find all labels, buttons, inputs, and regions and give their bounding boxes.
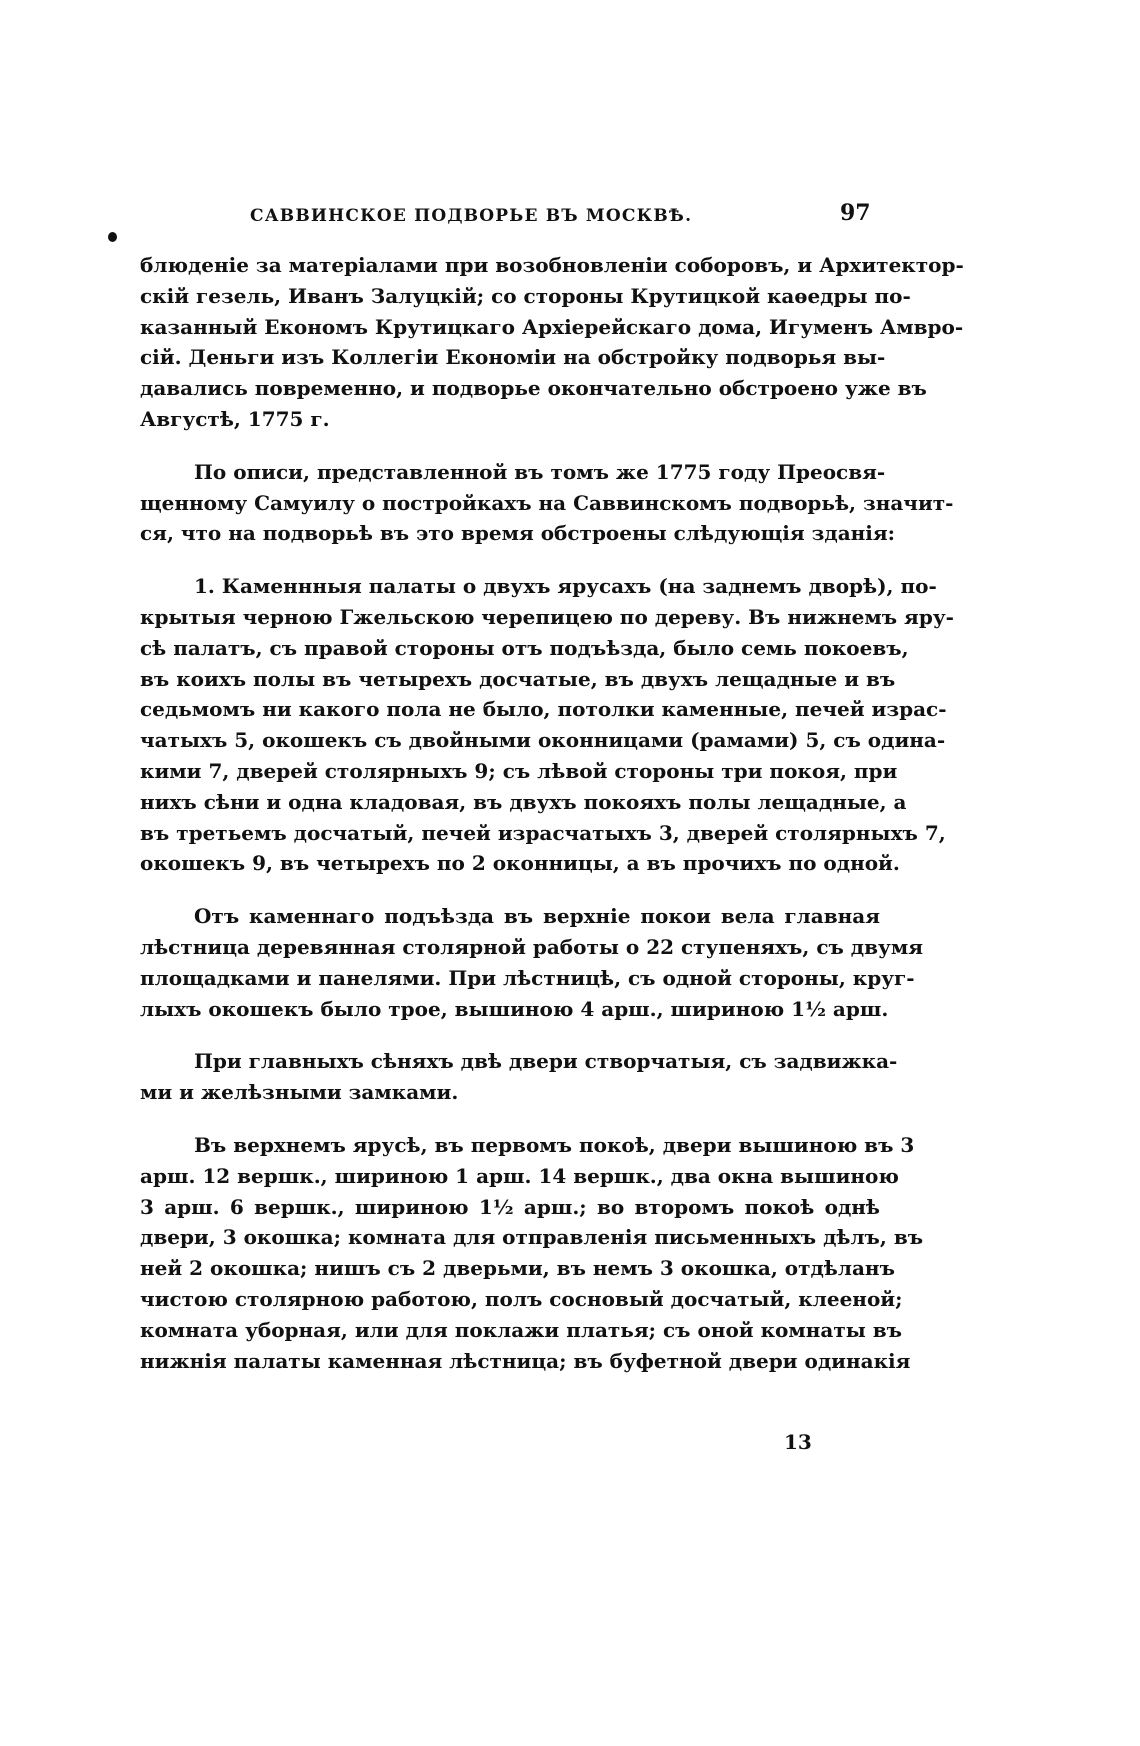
text-line: арш. 12 вершк., шириною 1 арш. 14 вершк.… bbox=[140, 1161, 880, 1192]
text-line: казанный Економъ Крутицкаго Архіерейскаг… bbox=[140, 312, 880, 343]
paragraph-4: Отъ каменнаго подъѣзда въ верхніе покои … bbox=[140, 901, 880, 1024]
text-line: 3 арш. 6 вершк., шириною 1½ арш.; во вто… bbox=[140, 1192, 880, 1223]
text-line: щенному Самуилу о постройкахъ на Саввинс… bbox=[140, 488, 880, 519]
paragraph-2: По описи, представленной въ томъ же 1775… bbox=[140, 457, 880, 549]
text-line: чатыхъ 5, окошекъ съ двойными оконницами… bbox=[140, 725, 880, 756]
running-title: САВВИНСКОЕ ПОДВОРЬЕ ВЪ МОСКВѢ. bbox=[250, 206, 692, 226]
text-line: нижнія палаты каменная лѣстница; въ буфе… bbox=[140, 1346, 880, 1377]
text-line: Августѣ, 1775 г. bbox=[140, 404, 880, 435]
paragraph-1: блюденіе за матеріалами при возобновлені… bbox=[140, 250, 880, 435]
text-line: крытыя черною Гжельскою черепицею по дер… bbox=[140, 602, 880, 633]
text-line: комната уборная, или для поклажи платья;… bbox=[140, 1315, 880, 1346]
text-line: 1. Каменнныя палаты о двухъ ярусахъ (на … bbox=[140, 571, 880, 602]
text-line: сѣ палатъ, съ правой стороны отъ подъѣзд… bbox=[140, 633, 880, 664]
body-text: блюденіе за матеріалами при возобновлені… bbox=[140, 250, 880, 1376]
paragraph-6: Въ верхнемъ ярусѣ, въ первомъ покоѣ, две… bbox=[140, 1130, 880, 1376]
text-line: блюденіе за матеріалами при возобновлені… bbox=[140, 250, 880, 281]
text-line: седьмомъ ни какого пола не было, потолки… bbox=[140, 694, 880, 725]
paragraph-3: 1. Каменнныя палаты о двухъ ярусахъ (на … bbox=[140, 571, 880, 879]
text-line: кими 7, дверей столярныхъ 9; съ лѣвой ст… bbox=[140, 756, 880, 787]
text-line: давались повременно, и подворье окончате… bbox=[140, 373, 880, 404]
text-line: въ коихъ полы въ четырехъ досчатые, въ д… bbox=[140, 664, 880, 695]
signature-mark: 13 bbox=[784, 1430, 812, 1454]
text-line: нихъ сѣни и одна кладовая, въ двухъ поко… bbox=[140, 787, 880, 818]
text-line: скій гезель, Иванъ Залуцкій; со стороны … bbox=[140, 281, 880, 312]
page-number: 97 bbox=[840, 200, 871, 226]
text-line: Отъ каменнаго подъѣзда въ верхніе покои … bbox=[140, 901, 880, 932]
margin-dot bbox=[108, 232, 117, 242]
text-line: площадками и панелями. При лѣстницѣ, съ … bbox=[140, 963, 880, 994]
text-line: двери, 3 окошка; комната для отправленія… bbox=[140, 1222, 880, 1253]
book-page: САВВИНСКОЕ ПОДВОРЬЕ ВЪ МОСКВѢ. 97 блюден… bbox=[0, 0, 1140, 1746]
text-line: ся, что на подворьѣ въ это время обстрое… bbox=[140, 518, 880, 549]
text-line: окошекъ 9, въ четырехъ по 2 оконницы, а … bbox=[140, 848, 880, 879]
text-line: При главныхъ сѣняхъ двѣ двери створчатыя… bbox=[140, 1046, 880, 1077]
text-line: ней 2 окошка; нишъ съ 2 дверьми, въ немъ… bbox=[140, 1253, 880, 1284]
text-line: лѣстница деревянная столярной работы о 2… bbox=[140, 932, 880, 963]
paragraph-5: При главныхъ сѣняхъ двѣ двери створчатыя… bbox=[140, 1046, 880, 1108]
text-line: По описи, представленной въ томъ же 1775… bbox=[140, 457, 880, 488]
text-line: лыхъ окошекъ было трое, вышиною 4 арш., … bbox=[140, 994, 880, 1025]
text-line: въ третьемъ досчатый, печей израсчатыхъ … bbox=[140, 818, 880, 849]
text-line: ми и желѣзными замками. bbox=[140, 1077, 880, 1108]
text-line: чистою столярною работою, полъ сосновый … bbox=[140, 1284, 880, 1315]
text-line: сій. Деньги изъ Коллегіи Економіи на обс… bbox=[140, 342, 880, 373]
text-line: Въ верхнемъ ярусѣ, въ первомъ покоѣ, две… bbox=[140, 1130, 880, 1161]
